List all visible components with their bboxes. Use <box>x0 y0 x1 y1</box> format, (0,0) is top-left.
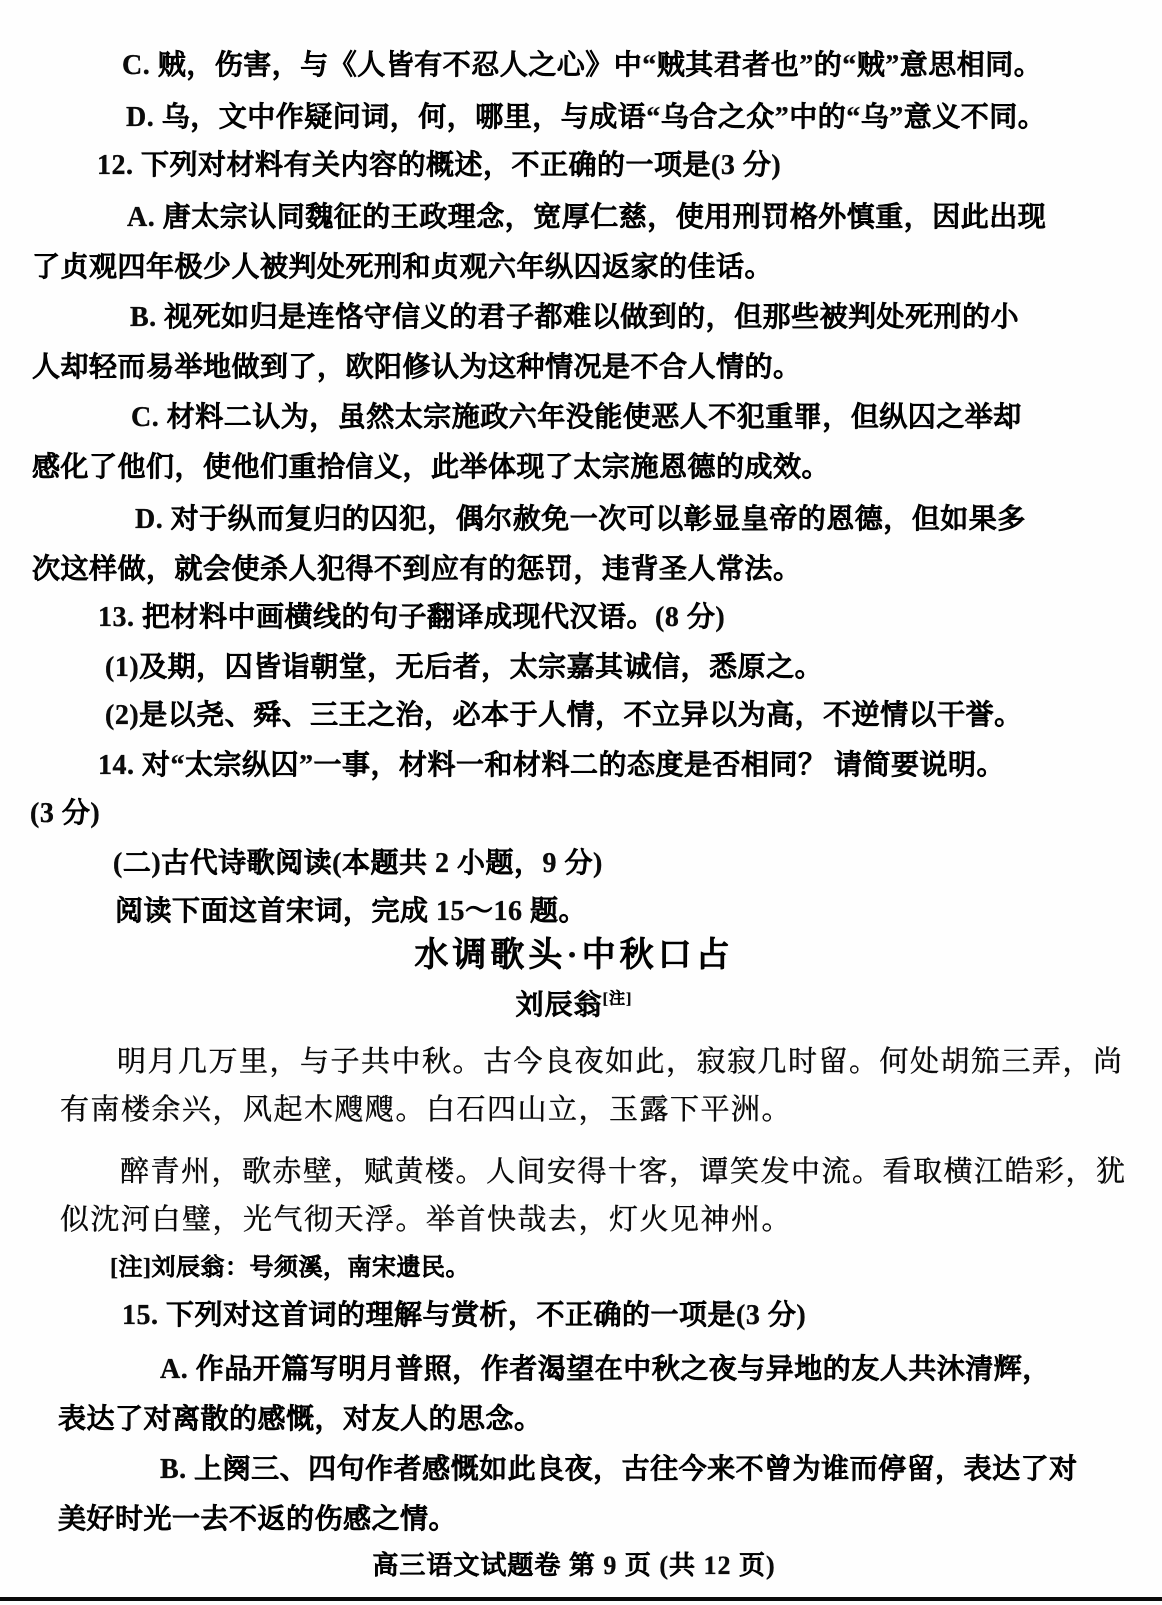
section2-intro: 阅读下面这首宋词，完成 15～16 题。 <box>115 894 587 930</box>
q15-option-b-line2: 美好时光一去不返的伤感之情。 <box>58 1502 457 1538</box>
q12-option-a-line1: A. 唐太宗认同魏征的王政理念，宽厚仁慈，使用刑罚格外慎重，因此出现 <box>127 200 1046 236</box>
poem-line-3: 醉青州，歌赤壁，赋黄楼。人间安得十客，谭笑发中流。看取横江皓彩，犹 <box>120 1154 1127 1190</box>
poem-title: 水调歌头·中秋口占 <box>0 938 1148 974</box>
exam-page: C. 贼，伤害，与《人皆有不忍人之心》中“贼其君者也”的“贼”意思相同。 D. … <box>0 0 1162 1605</box>
q12-option-c-line1: C. 材料二认为，虽然太宗施政六年没能使恶人不犯重罪，但纵囚之举却 <box>131 400 1022 436</box>
q12-option-a-line2: 了贞观四年极少人被判处死刑和贞观六年纵囚返家的佳话。 <box>32 250 773 286</box>
bottom-scan-rule <box>0 1597 1162 1601</box>
q12-stem: 12. 下列对材料有关内容的概述，不正确的一项是(3 分) <box>97 148 781 184</box>
q11-option-d: D. 乌，文中作疑问词，何，哪里，与成语“乌合之众”中的“乌”意义不同。 <box>126 100 1046 136</box>
q12-option-b-line2: 人却轻而易举地做到了，欧阳修认为这种情况是不合人情的。 <box>32 350 802 386</box>
poem-author-line: 刘辰翁[注] <box>0 988 1148 1024</box>
q13-sentence-2: (2)是以尧、舜、三王之治，必本于人情，不立异以为高，不逆情以干誉。 <box>105 698 1023 734</box>
q15-stem: 15. 下列对这首词的理解与赏析，不正确的一项是(3 分) <box>122 1298 806 1334</box>
poem-line-1: 明月几万里，与子共中秋。古今良夜如此，寂寂几时留。何处胡笳三弄，尚 <box>117 1044 1124 1080</box>
q12-option-b-line1: B. 视死如归是连恪守信义的君子都难以做到的，但那些被判处死刑的小 <box>130 300 1019 336</box>
q12-option-d-line2: 次这样做，就会使杀人犯得不到应有的惩罚，违背圣人常法。 <box>32 552 802 588</box>
q15-option-a-line1: A. 作品开篇写明月普照，作者渴望在中秋之夜与异地的友人共沐清辉， <box>160 1352 1051 1388</box>
q14-stem-line2: (3 分) <box>30 796 100 832</box>
q13-stem: 13. 把材料中画横线的句子翻译成现代汉语。(8 分) <box>98 600 725 636</box>
q15-option-b-line1: B. 上阕三、四句作者感慨如此良夜，古往今来不曾为谁而停留，表达了对 <box>160 1452 1078 1488</box>
q15-option-a-line2: 表达了对离散的感慨，对友人的思念。 <box>58 1402 543 1438</box>
page-footer: 高三语文试题卷 第 9 页 (共 12 页) <box>0 1548 1148 1584</box>
poem-author: 刘辰翁 <box>516 990 603 1021</box>
poem-author-note-mark: [注] <box>603 991 633 1008</box>
q11-option-c: C. 贼，伤害，与《人皆有不忍人之心》中“贼其君者也”的“贼”意思相同。 <box>122 48 1042 84</box>
q13-sentence-1: (1)及期，囚皆诣朝堂，无后者，太宗嘉其诚信，悉原之。 <box>105 650 823 686</box>
poem-line-4: 似沈河白璧，光气彻天浮。举首快哉去，灯火见神州。 <box>60 1202 792 1238</box>
q12-option-d-line1: D. 对于纵而复归的囚犯，偶尔赦免一次可以彰显皇帝的恩德，但如果多 <box>135 502 1026 538</box>
poem-line-2: 有南楼余兴，风起木飕飕。白石四山立，玉露下平洲。 <box>60 1092 792 1128</box>
poem-note: [注]刘辰翁：号须溪，南宋遗民。 <box>110 1250 470 1286</box>
q14-stem-line1: 14. 对“太宗纵囚”一事，材料一和材料二的态度是否相同？ 请简要说明。 <box>98 748 1005 784</box>
section2-heading: (二)古代诗歌阅读(本题共 2 小题，9 分) <box>113 846 603 882</box>
q12-option-c-line2: 感化了他们，使他们重拾信义，此举体现了太宗施恩德的成效。 <box>32 450 830 486</box>
